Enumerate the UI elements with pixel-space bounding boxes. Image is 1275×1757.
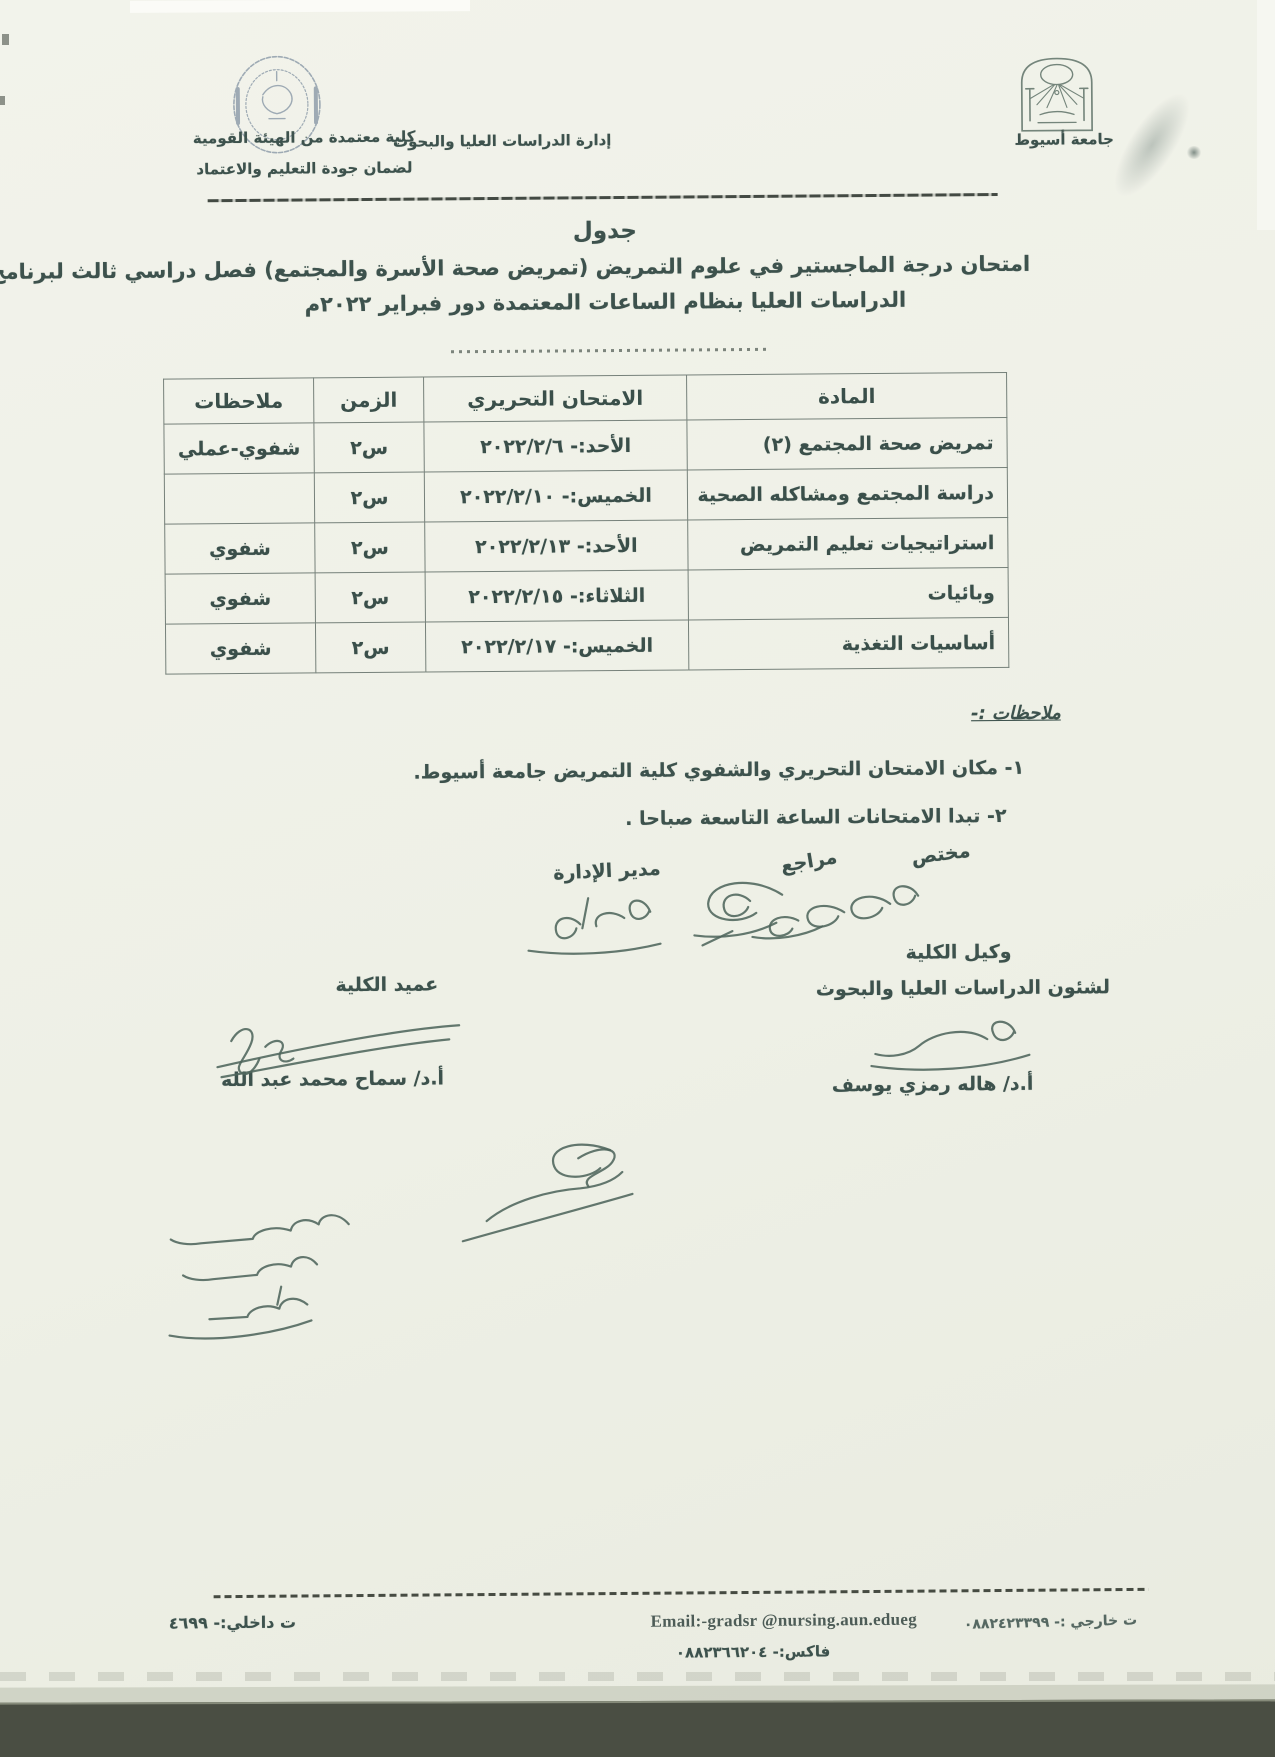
notes-heading: ملاحظات :- bbox=[971, 703, 1061, 725]
assiut-university-logo-icon bbox=[1014, 52, 1101, 133]
time-cell: ٢س bbox=[314, 422, 424, 473]
time-value: ٢س bbox=[350, 486, 388, 508]
handwritten-approval-note bbox=[161, 1202, 358, 1350]
department-title: إدارة الدراسات العليا والبحوث bbox=[392, 131, 612, 151]
time-value: ٢س bbox=[351, 586, 389, 608]
col-header-notes: ملاحظات bbox=[164, 378, 314, 424]
notes-cell: شفوي bbox=[165, 573, 315, 624]
time-cell: ٢س bbox=[315, 522, 425, 573]
external-phone: ت خارجي :- ٠٨٨٢٤٢٣٣٩٩ bbox=[964, 1612, 1138, 1632]
notes-cell: شفوي bbox=[165, 523, 315, 574]
notes-cell bbox=[164, 473, 314, 524]
fax-number: فاكس:- ٠٨٨٢٣٦٦٢٠٤ bbox=[658, 1642, 848, 1661]
title-line-1: امتحان درجة الماجستير في علوم التمريض (ت… bbox=[180, 252, 1030, 283]
col-header-written-exam: الامتحان التحريري bbox=[424, 375, 687, 422]
subject-cell: أساسيات التغذية bbox=[688, 617, 1008, 670]
title-line-2: الدراسات العليا بنظام الساعات المعتمدة د… bbox=[180, 287, 1030, 318]
note-item-2: ٢- تبدا الامتحانات الساعة التاسعة صباحا … bbox=[625, 805, 1006, 830]
accreditation-line-2: لضمان جودة التعليم والاعتماد bbox=[144, 152, 464, 186]
table-row: أساسيات التغذية الخميس:- ٢٠٢٢/٢/١٧ ٢س شف… bbox=[165, 617, 1008, 674]
time-value: ٢س bbox=[350, 436, 388, 458]
dean-title: عميد الكلية bbox=[309, 973, 465, 996]
specialist-label: مختص bbox=[895, 838, 987, 871]
notes-cell: شفوي-عملي bbox=[164, 423, 314, 474]
table-header-row: المادة الامتحان التحريري الزمن ملاحظات bbox=[164, 372, 1007, 424]
subject-cell: استراتيجيات تعليم التمريض bbox=[688, 517, 1008, 570]
exam-date-cell: الخميس:- ٢٠٢٢/٢/١٠ bbox=[424, 470, 687, 522]
time-cell: ٢س bbox=[315, 572, 425, 623]
exam-date-cell: الأحد:- ٢٠٢٢/٢/١٣ bbox=[425, 520, 688, 572]
col-header-time: الزمن bbox=[314, 377, 424, 423]
time-value: ٢س bbox=[352, 636, 390, 658]
header-divider bbox=[208, 193, 998, 202]
document-content: كلية معتمدة من الهيئة القومية لضمان جودة… bbox=[0, 0, 1275, 1757]
subject-cell: دراسة المجتمع ومشاكله الصحية bbox=[687, 467, 1007, 520]
title-kicker: جدول bbox=[180, 215, 1030, 248]
note-item-1: ١- مكان الامتحان التحريري والشفوي كلية ا… bbox=[413, 757, 1024, 784]
notes-cell: شفوي bbox=[165, 623, 315, 674]
accreditation-text: كلية معتمدة من الهيئة القومية لضمان جودة… bbox=[144, 121, 464, 186]
committee-handwritten-note bbox=[450, 1136, 641, 1255]
title-underline-dots bbox=[451, 348, 771, 354]
vice-dean-title-line2: لشئون الدراسات العليا والبحوث bbox=[813, 976, 1113, 1000]
director-signature bbox=[518, 884, 671, 967]
document-title-block: جدول امتحان درجة الماجستير في علوم التمر… bbox=[180, 215, 1031, 318]
time-cell: ٢س bbox=[314, 472, 424, 523]
exam-date-cell: الأحد:- ٢٠٢٢/٢/٦ bbox=[424, 420, 687, 472]
table-row: وبائيات الثلاثاء:- ٢٠٢٢/٢/١٥ ٢س شفوي bbox=[165, 567, 1008, 624]
subject-cell: وبائيات bbox=[688, 567, 1008, 620]
internal-phone: ت داخلي:- ٤٦٩٩ bbox=[169, 1613, 296, 1633]
university-name-caption: جامعة أسيوط bbox=[1009, 130, 1119, 149]
footer-divider bbox=[214, 1588, 1149, 1598]
table-row: استراتيجيات تعليم التمريض الأحد:- ٢٠٢٢/٢… bbox=[165, 517, 1008, 574]
exam-schedule-table: المادة الامتحان التحريري الزمن ملاحظات ت… bbox=[163, 372, 1009, 675]
dean-signature bbox=[201, 1009, 470, 1089]
exam-date-cell: الثلاثاء:- ٢٠٢٢/٢/١٥ bbox=[425, 570, 688, 622]
scanned-exam-schedule-page: كلية معتمدة من الهيئة القومية لضمان جودة… bbox=[0, 0, 1275, 1757]
exam-date-cell: الخميس:- ٢٠٢٢/٢/١٧ bbox=[425, 620, 688, 672]
subject-cell: تمريض صحة المجتمع (٢) bbox=[687, 417, 1007, 470]
email-address: Email:-gradsr @nursing.aun.edueg bbox=[614, 1609, 954, 1632]
time-value: ٢س bbox=[351, 536, 389, 558]
time-cell: ٢س bbox=[315, 622, 425, 673]
table-row: تمريض صحة المجتمع (٢) الأحد:- ٢٠٢٢/٢/٦ ٢… bbox=[164, 417, 1007, 474]
vice-dean-signature bbox=[853, 1007, 1044, 1078]
table-row: دراسة المجتمع ومشاكله الصحية الخميس:- ٢٠… bbox=[164, 467, 1007, 524]
col-header-subject: المادة bbox=[687, 372, 1007, 420]
